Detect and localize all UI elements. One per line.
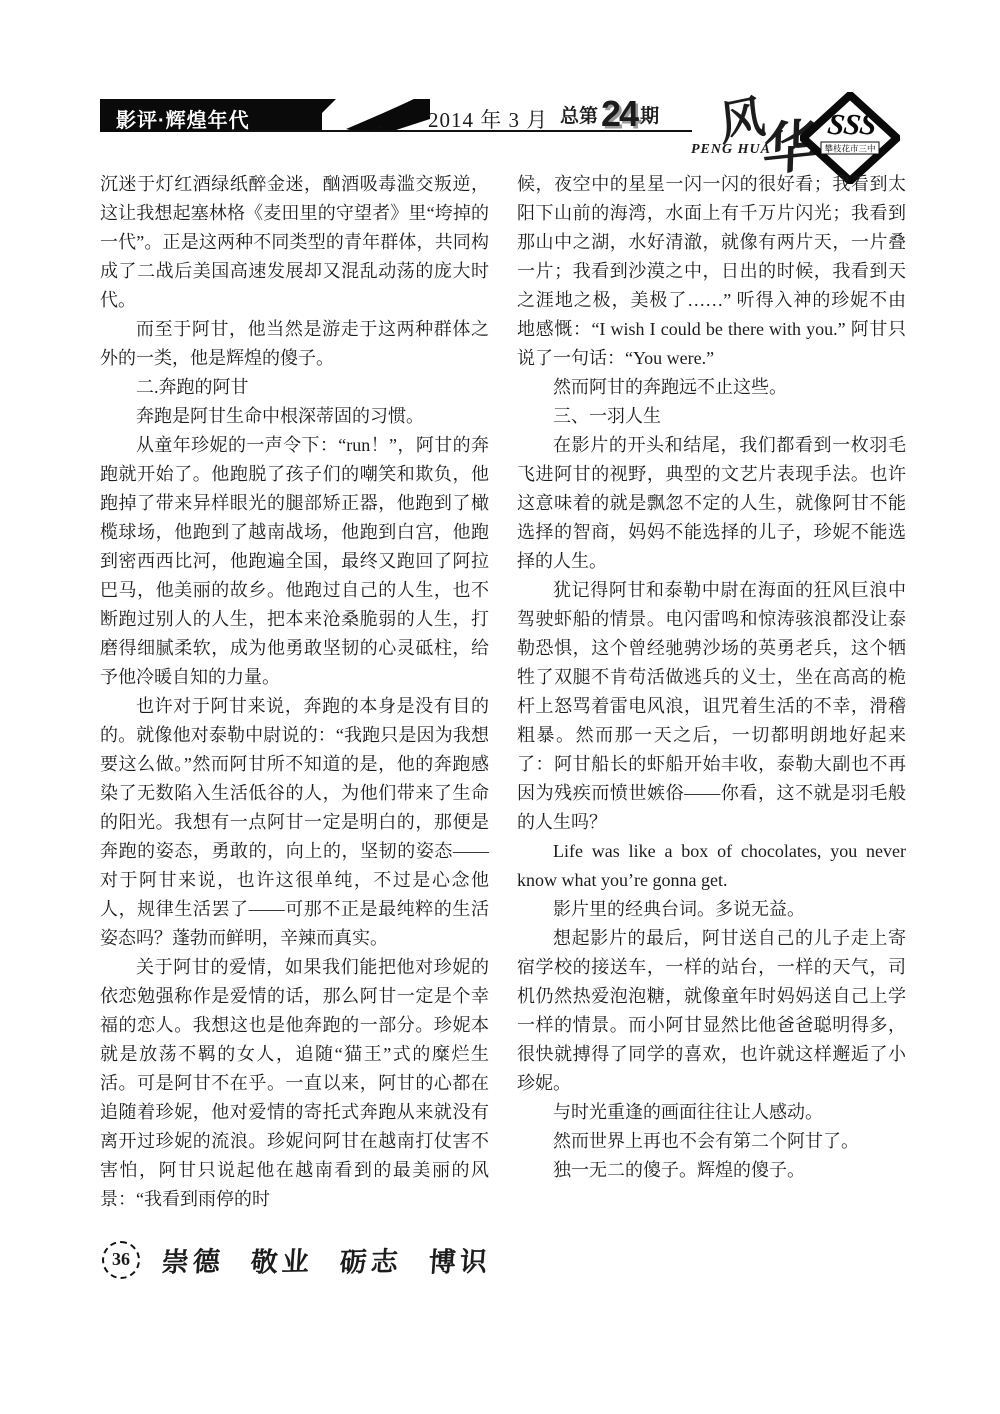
paragraph: 候，夜空中的星星一闪一闪的很好看；我看到太阳下山前的海湾，水面上有千万片闪光；我… bbox=[517, 170, 906, 373]
paragraph: 影片里的经典台词。多说无益。 bbox=[517, 895, 906, 924]
left-column: 沉迷于灯红酒绿纸醉金迷，酗酒吸毒滥交叛逆，这让我想起塞林格《麦田里的守望者》里“… bbox=[100, 170, 489, 1214]
paragraph: 独一无二的傻子。辉煌的傻子。 bbox=[517, 1156, 906, 1185]
issue-info: 总第 24 期 bbox=[560, 96, 659, 132]
section-heading: 三、一羽人生 bbox=[517, 402, 906, 431]
paragraph: 想起影片的最后，阿甘送自己的儿子走上寄宿学校的接送车，一样的站台，一样的天气，司… bbox=[517, 924, 906, 1098]
right-column: 候，夜空中的星星一闪一闪的很好看；我看到太阳下山前的海湾，水面上有千万片闪光；我… bbox=[517, 170, 906, 1214]
paragraph: 从童年珍妮的一声令下：“run！”，阿甘的奔跑就开始了。他跑脱了孩子们的嘲笑和欺… bbox=[100, 431, 489, 692]
page-number: 36 bbox=[112, 1249, 130, 1270]
magazine-page: 影评·辉煌年代 2014 年 3 月 总第 24 期 风 华 PENG HUA … bbox=[0, 0, 1000, 1414]
paragraph: 而至于阿甘，他当然是游走于这两种群体之外的一类，他是辉煌的傻子。 bbox=[100, 315, 489, 373]
paragraph: 也许对于阿甘来说，奔跑的本身是没有目的的。就像他对泰勒中尉说的：“我跑只是因为我… bbox=[100, 692, 489, 953]
paragraph: 与时光重逢的画面往往让人感动。 bbox=[517, 1098, 906, 1127]
paragraph: 奔跑是阿甘生命中根深蒂固的习惯。 bbox=[100, 402, 489, 431]
paragraph: 关于阿甘的爱情，如果我们能把他对珍妮的依恋勉强称作是爱情的话，那么阿甘一定是个幸… bbox=[100, 953, 489, 1214]
section-heading: 二.奔跑的阿甘 bbox=[100, 373, 489, 402]
paragraph: 犹记得阿甘和泰勒中尉在海面的狂风巨浪中驾驶虾船的情景。电闪雷鸣和惊涛骇浪都没让泰… bbox=[517, 576, 906, 837]
section-label: 影评·辉煌年代 bbox=[116, 104, 250, 133]
motto-word: 博识 bbox=[428, 1239, 493, 1279]
paragraph: 沉迷于灯红酒绿纸醉金迷，酗酒吸毒滥交叛逆，这让我想起塞林格《麦田里的守望者》里“… bbox=[100, 170, 489, 315]
motto-word: 敬业 bbox=[250, 1239, 315, 1279]
issue-date: 2014 年 3 月 bbox=[428, 104, 548, 134]
page-footer: 36 崇德 敬业 砺志 博识 bbox=[102, 1240, 518, 1279]
page-number-badge: 36 bbox=[102, 1241, 140, 1279]
school-name-text: 攀枝花市三中 bbox=[824, 144, 875, 154]
paragraph: 然而阿甘的奔跑远不止这些。 bbox=[517, 373, 906, 402]
paragraph: 然而世界上再也不会有第二个阿甘了。 bbox=[517, 1127, 906, 1156]
logo-wave-stripes: S S S bbox=[826, 107, 879, 142]
motto-word: 崇德 bbox=[161, 1239, 226, 1279]
paragraph: 在影片的开头和结尾，我们都看到一枚羽毛飞进阿甘的视野，典型的文艺片表现手法。也许… bbox=[517, 431, 906, 576]
quote-paragraph: Life was like a box of chocolates, you n… bbox=[517, 837, 906, 895]
issue-suffix: 期 bbox=[640, 101, 659, 128]
motto-word: 砺志 bbox=[339, 1239, 404, 1279]
masthead-pinyin: PENG HUA bbox=[691, 142, 771, 158]
school-motto: 崇德 敬业 砺志 博识 bbox=[162, 1240, 518, 1279]
article-body: 沉迷于灯红酒绿纸醉金迷，酗酒吸毒滥交叛逆，这让我想起塞林格《麦田里的守望者》里“… bbox=[100, 170, 906, 1214]
issue-number: 24 bbox=[601, 96, 637, 132]
issue-prefix: 总第 bbox=[560, 101, 598, 128]
